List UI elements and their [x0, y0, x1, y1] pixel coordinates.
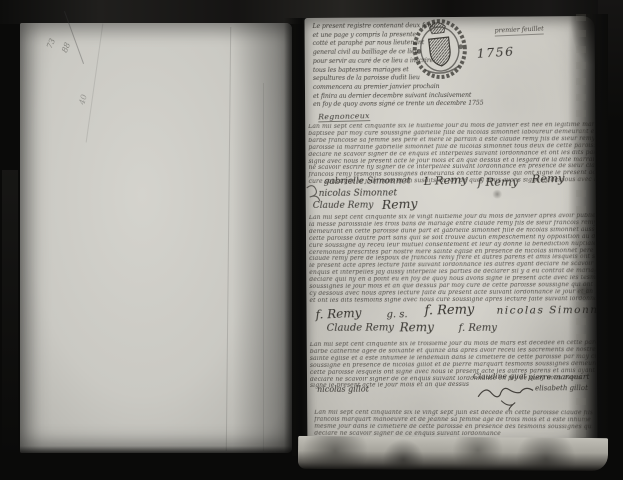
register-entry-4: Lan mil sept cent cinquante six le vingt…: [314, 410, 592, 438]
signature-remy: Remy: [531, 171, 564, 186]
right-manuscript-page: Le present registre contenant deux feuil…: [304, 16, 597, 452]
pencil-mark: 73: [45, 37, 57, 50]
register-scan-photo: 73 88 40 Le present registre contenant d…: [0, 0, 623, 480]
ink-stain: [492, 190, 503, 199]
year-inscription: 1756: [476, 44, 515, 61]
signature-nicolas-gillot: nicolas gillot: [317, 385, 369, 394]
signature-claude-remy: Claude Remy: [313, 201, 374, 211]
signature-initials: g. s.: [387, 309, 408, 320]
page-crease: [86, 24, 104, 143]
register-entry-3: Lan mil sept cent cinquante six le trois…: [310, 340, 596, 390]
signature-claudine-guat: Claudine guat: [473, 371, 526, 380]
top-right-annotation: premier feuillet: [494, 24, 543, 36]
pencil-mark: 40: [77, 93, 88, 105]
coat-of-arms-stamp-icon: [407, 16, 472, 83]
signature-f-remy: f Remy: [478, 175, 519, 189]
signature-f-remy: f. Remy: [424, 302, 474, 318]
worn-fore-edge: [568, 14, 608, 454]
pencil-mark: 88: [60, 41, 72, 54]
parish-name-heading: Regnonceux: [318, 111, 370, 122]
page-crease: [226, 27, 231, 451]
signature-remy-flourish: Remy: [381, 196, 417, 212]
signature-l-remy: L Remy: [423, 172, 468, 188]
page-crease: [263, 83, 264, 451]
register-entry-2: Lan mil sept cent cinquante six le vingt…: [309, 213, 596, 305]
handwritten-line: en foy de quoy avons signé ce trente un …: [313, 100, 483, 110]
left-blank-page: 73 88 40: [20, 23, 292, 453]
signature-claude-remy: Claude Remy: [327, 322, 394, 333]
left-page-bottom-shadow: [20, 446, 292, 456]
background-left-streak: [2, 170, 18, 460]
signature-f-remy: f. Remy: [315, 306, 361, 322]
signature-remy: Remy: [400, 320, 434, 334]
signature-gabrielle-simonnet: gabrielle Simonnet: [324, 176, 411, 187]
signature-f-remy: f. Remy: [459, 323, 497, 334]
priest-signature-flourish: [475, 384, 539, 410]
worn-bottom-page-edges: [298, 436, 608, 471]
